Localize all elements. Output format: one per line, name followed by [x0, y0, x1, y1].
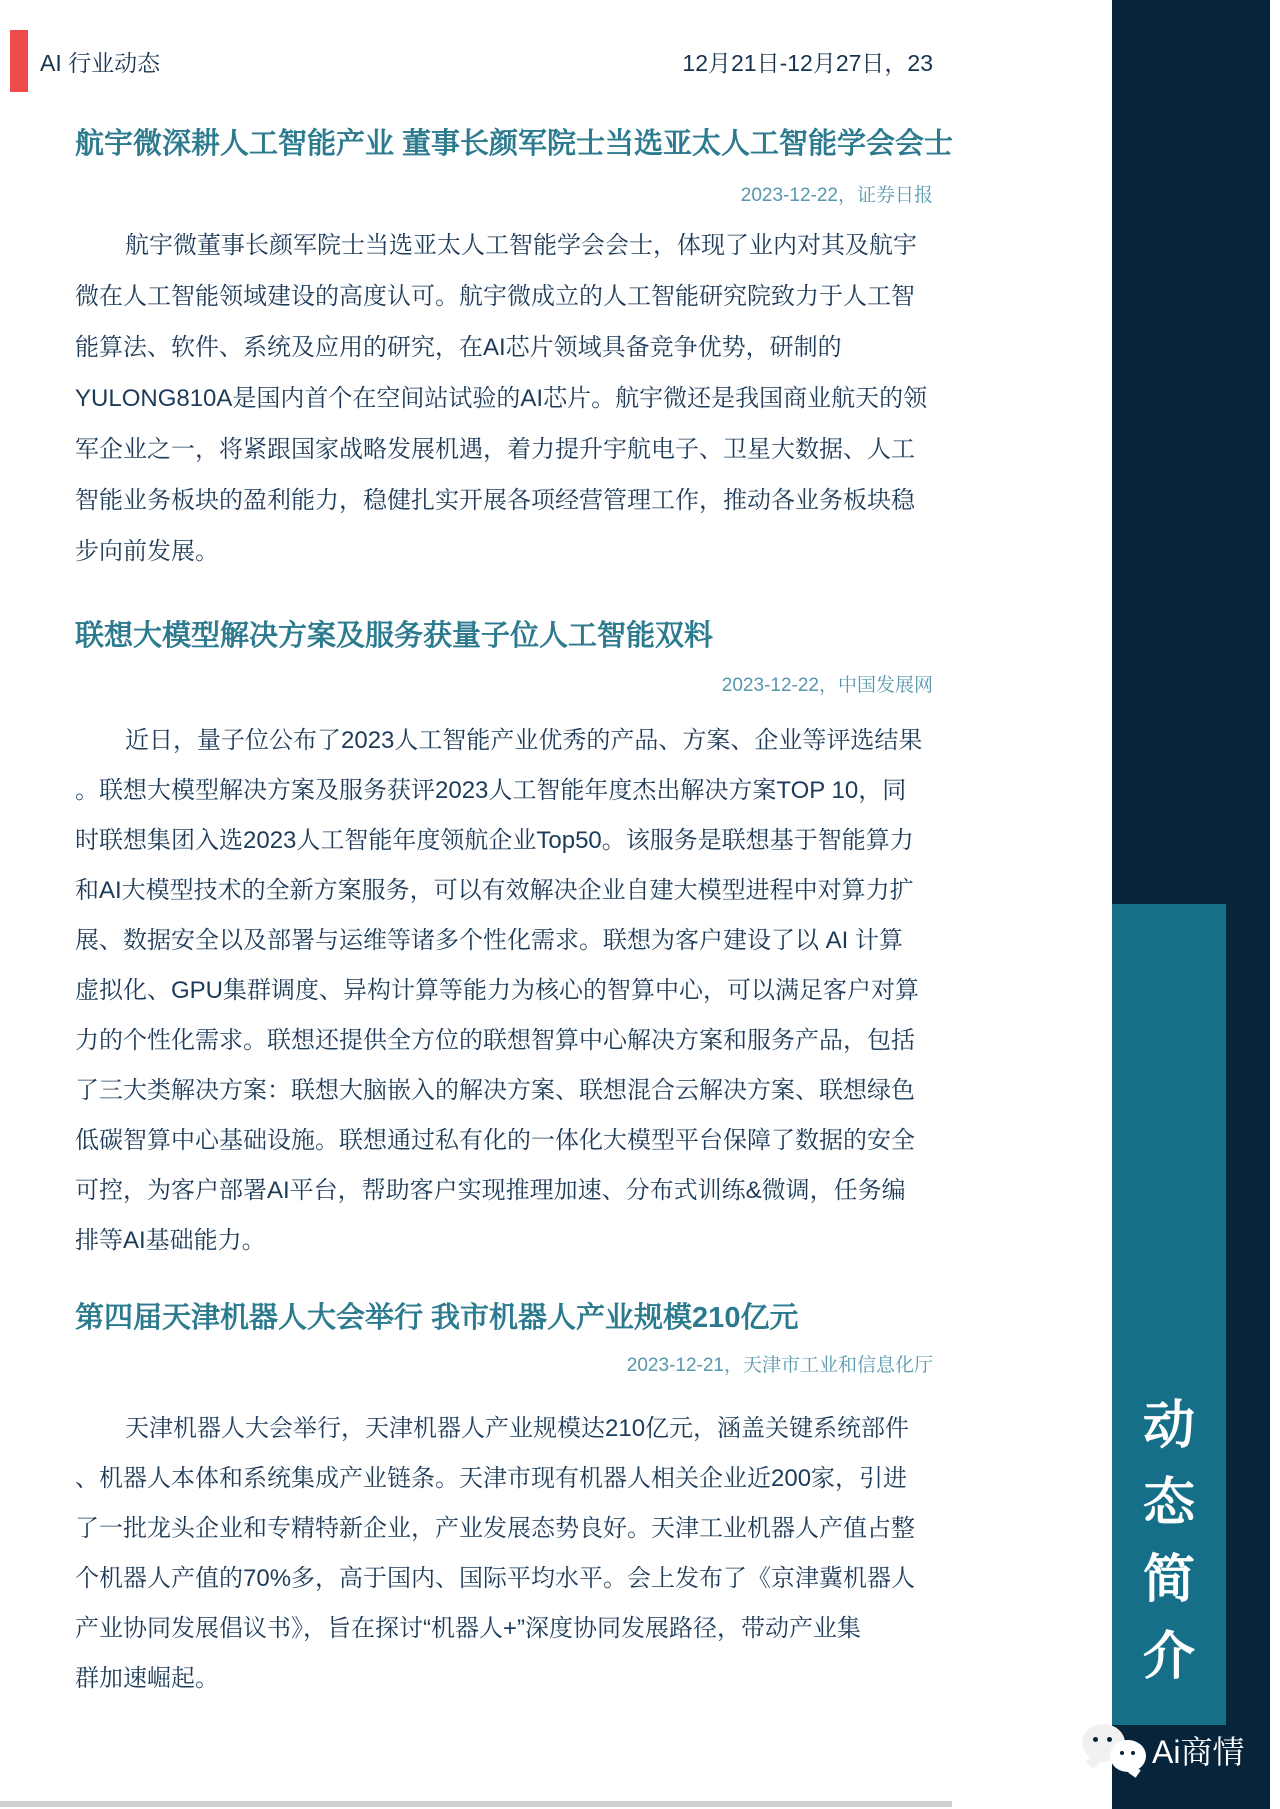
sidebar-title-char: 简 — [1143, 1554, 1195, 1606]
paragraph-line: 了三大类解决方案：联想大脑嵌入的解决方案、联想混合云解决方案、联想绿色 — [75, 1066, 955, 1116]
paragraph-line: 可控，为客户部署AI平台，帮助客户实现推理加速、分布式训练&微调，任务编 — [75, 1166, 955, 1216]
sidebar-title-char: 动 — [1143, 1400, 1195, 1452]
header-accent-bar — [10, 30, 28, 92]
page-bottom-divider — [0, 1801, 952, 1807]
paragraph-line: 时联想集团入选2023人工智能年度领航企业Top50。该服务是联想基于智能算力 — [75, 816, 955, 866]
paragraph-line: 天津机器人大会举行，天津机器人产业规模达210亿元，涵盖关键系统部件 — [75, 1404, 955, 1454]
article-2-title: 联想大模型解决方案及服务获量子位人工智能双料 — [75, 616, 965, 656]
paragraph-line: 排等AI基础能力。 — [75, 1216, 955, 1266]
paragraph-line: 、机器人本体和系统集成产业链条。天津市现有机器人相关企业近200家，引进 — [75, 1454, 955, 1504]
article-3-title: 第四届天津机器人大会举行 我市机器人产业规模210亿元 — [75, 1298, 965, 1338]
paragraph-line: 展、数据安全以及部署与运维等诸多个性化需求。联想为客户建设了以 AI 计算 — [75, 916, 955, 966]
wechat-account-label: Ai商情 — [1152, 1734, 1244, 1770]
paragraph-line: 力的个性化需求。联想还提供全方位的联想智算中心解决方案和服务产品，包括 — [75, 1016, 955, 1066]
paragraph-line: 。联想大模型解决方案及服务获评2023人工智能年度杰出解决方案TOP 10，同 — [75, 766, 955, 816]
article-1-title: 航宇微深耕人工智能产业 董事长颜军院士当选亚太人工智能学会会士 — [75, 124, 965, 164]
article-3-body: 天津机器人大会举行，天津机器人产业规模达210亿元，涵盖关键系统部件、机器人本体… — [75, 1404, 955, 1704]
paragraph-line: 产业协同发展倡议书》，旨在探讨“机器人+”深度协同发展路径，带动产业集 — [75, 1604, 955, 1654]
paragraph-line: 军企业之一，将紧跟国家战略发展机遇，着力提升宇航电子、卫星大数据、人工 — [75, 424, 955, 475]
paragraph-line: 智能业务板块的盈利能力，稳健扎实开展各项经营管理工作，推动各业务板块稳 — [75, 475, 955, 526]
paragraph-line: 虚拟化、GPU集群调度、异构计算等能力为核心的智算中心，可以满足客户对算 — [75, 966, 955, 1016]
sidebar-title-char: 态 — [1143, 1477, 1195, 1529]
article-1-date-source: 2023-12-22，证券日报 — [75, 184, 933, 208]
article-1-body: 航宇微董事长颜军院士当选亚太人工智能学会会士，体现了业内对其及航宇微在人工智能领… — [75, 220, 955, 577]
wechat-badge: Ai商情 — [1082, 1724, 1270, 1780]
paragraph-line: 低碳智算中心基础设施。联想通过私有化的一体化大模型平台保障了数据的安全 — [75, 1116, 955, 1166]
newsletter-page: AI 行业动态 12月21日-12月27日，23 航宇微深耕人工智能产业 董事长… — [0, 0, 1280, 1809]
sidebar-title-char: 介 — [1143, 1631, 1195, 1683]
paragraph-line: 能算法、软件、系统及应用的研究，在AI芯片领域具备竞争优势，研制的 — [75, 322, 955, 373]
paragraph-line: 步向前发展。 — [75, 526, 955, 577]
paragraph-line: 群加速崛起。 — [75, 1654, 955, 1704]
paragraph-line: 了一批龙头企业和专精特新企业，产业发展态势良好。天津工业机器人产值占整 — [75, 1504, 955, 1554]
sidebar-vertical-title: 动态简介 — [1112, 1400, 1226, 1683]
wechat-icon — [1082, 1724, 1146, 1778]
wechat-bubble-small — [1110, 1740, 1146, 1772]
paragraph-line: 个机器人产值的70%多，高于国内、国际平均水平。会上发布了《京津冀机器人 — [75, 1554, 955, 1604]
header-date-range: 12月21日-12月27日，23 — [75, 46, 933, 80]
paragraph-line: 和AI大模型技术的全新方案服务，可以有效解决企业自建大模型进程中对算力扩 — [75, 866, 955, 916]
article-3-date-source: 2023-12-21，天津市工业和信息化厅 — [75, 1354, 933, 1378]
paragraph-line: 航宇微董事长颜军院士当选亚太人工智能学会会士，体现了业内对其及航宇 — [75, 220, 955, 271]
paragraph-line: YULONG810A是国内首个在空间站试验的AI芯片。航宇微还是我国商业航天的领 — [75, 373, 955, 424]
article-2-date-source: 2023-12-22，中国发展网 — [75, 674, 933, 698]
paragraph-line: 微在人工智能领域建设的高度认可。航宇微成立的人工智能研究院致力于人工智 — [75, 271, 955, 322]
article-2-body: 近日，量子位公布了2023人工智能产业优秀的产品、方案、企业等评选结果。联想大模… — [75, 716, 955, 1266]
paragraph-line: 近日，量子位公布了2023人工智能产业优秀的产品、方案、企业等评选结果 — [75, 716, 955, 766]
